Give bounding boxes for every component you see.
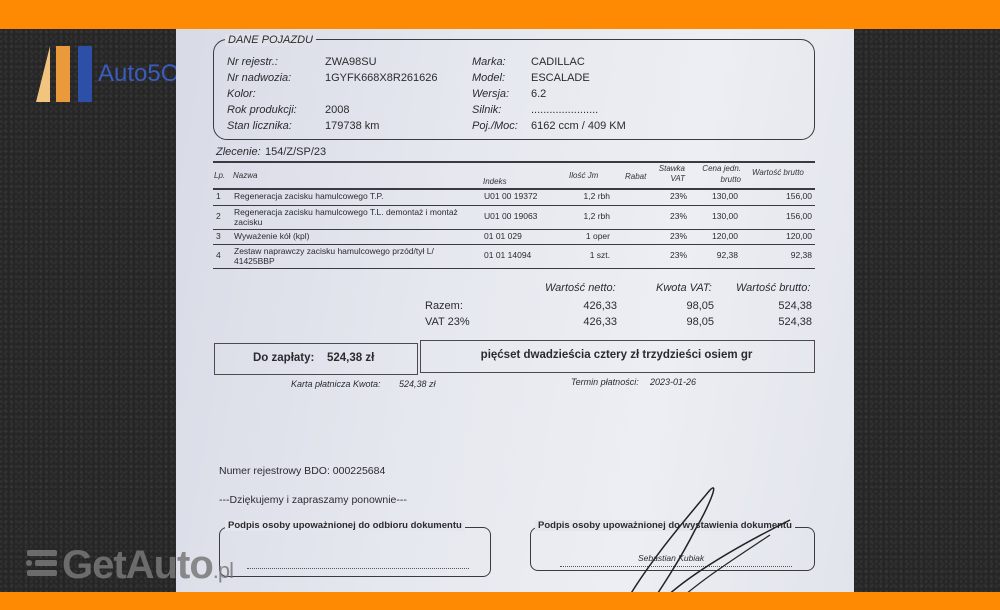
cell-name: Wyważenie kół (kpl) xyxy=(234,231,310,241)
vehicle-section-title: DANE POJAZDU xyxy=(225,34,316,46)
summary-net: 426,33 xyxy=(560,316,617,328)
summary-gross: 524,38 xyxy=(750,300,812,312)
col-lp: Lp. xyxy=(214,171,225,180)
col-total: Wartość brutto xyxy=(752,168,804,177)
cell-lp: 4 xyxy=(216,250,221,260)
payment-term-date: 2023-01-26 xyxy=(650,377,696,387)
cell-total: 92,38 xyxy=(755,250,812,260)
getauto-suffix: .pl xyxy=(213,558,233,583)
cell-qty: 1 oper xyxy=(560,231,610,241)
vehicle-field-value: CADILLAC xyxy=(531,56,585,68)
cell-price: 130,00 xyxy=(690,191,738,201)
top-banner xyxy=(0,0,1000,29)
divider xyxy=(213,161,815,163)
vehicle-field-label: Wersja: xyxy=(472,88,509,100)
cell-qty: 1,2 rbh xyxy=(560,191,610,201)
payment-term-label: Termin płatności: xyxy=(571,377,639,387)
cell-price: 130,00 xyxy=(690,211,738,221)
card-payment-label: Karta płatnicza Kwota: xyxy=(291,379,381,389)
vehicle-field-value: 6.2 xyxy=(531,88,546,100)
cell-index: U01 00 19063 xyxy=(484,211,537,221)
summary-vat: 98,05 xyxy=(660,316,714,328)
bdo-number: Numer rejestrowy BDO: 000225684 xyxy=(219,465,385,477)
row-divider xyxy=(213,229,815,230)
summary-row-label: VAT 23% xyxy=(425,316,470,328)
cell-total: 156,00 xyxy=(755,211,812,221)
amount-due-label: Do zapłaty: xyxy=(253,352,314,364)
getauto-text: GetAuto xyxy=(62,543,213,587)
vehicle-field-label: Model: xyxy=(472,72,505,84)
row-divider xyxy=(213,268,815,269)
card-payment-amount: 524,38 zł xyxy=(399,379,436,389)
cell-total: 156,00 xyxy=(755,191,812,201)
summary-vat: 98,05 xyxy=(660,300,714,312)
order-number: 154/Z/SP/23 xyxy=(265,146,326,158)
vehicle-field-label: Poj./Moc: xyxy=(472,120,518,132)
receiver-signature-line xyxy=(247,568,469,569)
vehicle-field-value: 6162 ccm / 409 KM xyxy=(531,120,626,132)
cell-lp: 1 xyxy=(216,191,221,201)
cell-vat: 23% xyxy=(650,250,687,260)
col-price-1: Cena jedn. xyxy=(690,164,741,173)
vehicle-field-value: 2008 xyxy=(325,104,349,116)
col-discount: Rabat xyxy=(625,172,646,181)
col-price-2: brutto xyxy=(690,175,741,184)
handwritten-signature xyxy=(600,480,800,610)
col-vat-2: VAT xyxy=(645,174,685,183)
cell-name: Regeneracja zacisku hamulcowego T.P. xyxy=(234,191,383,201)
receiver-signature-box xyxy=(219,527,491,577)
cell-lp: 2 xyxy=(216,211,221,221)
getauto-watermark: GetAuto.pl xyxy=(24,543,233,590)
cell-vat: 23% xyxy=(650,211,687,221)
vehicle-field-label: Silnik: xyxy=(472,104,501,116)
vehicle-field-value: 179738 km xyxy=(325,120,379,132)
vehicle-field-value: ZWA98SU xyxy=(325,56,377,68)
cell-vat: 23% xyxy=(650,231,687,241)
cell-name-cont: 41425BBP xyxy=(234,256,275,266)
col-index: Indeks xyxy=(483,177,507,186)
col-name: Nazwa xyxy=(233,171,257,180)
cell-lp: 3 xyxy=(216,231,221,241)
vehicle-field-label: Stan licznika: xyxy=(227,120,292,132)
summary-gross: 524,38 xyxy=(750,316,812,328)
summary-net-header: Wartość netto: xyxy=(545,282,616,294)
amount-due-value: 524,38 zł xyxy=(327,352,374,364)
row-divider xyxy=(213,244,815,245)
summary-gross-header: Wartość brutto: xyxy=(736,282,810,294)
col-qty: Ilość Jm xyxy=(569,171,598,180)
vehicle-field-value: 1GYFK668X8R261626 xyxy=(325,72,438,84)
amount-due-box xyxy=(214,343,418,375)
thanks-message: ---Dziękujemy i zapraszamy ponownie--- xyxy=(219,494,407,506)
menu-lines-icon xyxy=(24,545,58,590)
vehicle-field-value: ESCALADE xyxy=(531,72,590,84)
cell-index: 01 01 029 xyxy=(484,231,522,241)
cell-name-cont: zacisku xyxy=(234,217,262,227)
vehicle-field-label: Nr rejestr.: xyxy=(227,56,278,68)
cell-qty: 1,2 rbh xyxy=(560,211,610,221)
cell-index: U01 00 19372 xyxy=(484,191,537,201)
vehicle-field-label: Rok produkcji: xyxy=(227,104,297,116)
cell-qty: 1 szt. xyxy=(560,250,610,260)
summary-net: 426,33 xyxy=(560,300,617,312)
cell-index: 01 01 14094 xyxy=(484,250,531,260)
auto50-logo-text: Auto5O xyxy=(98,60,179,88)
cell-vat: 23% xyxy=(650,191,687,201)
cell-name: Zestaw naprawczy zacisku hamulcowego prz… xyxy=(234,246,434,256)
summary-vat-header: Kwota VAT: xyxy=(656,282,712,294)
divider xyxy=(213,188,815,190)
cell-price: 92,38 xyxy=(690,250,738,260)
amount-in-words: pięćset dwadzieścia cztery zł trzydzieśc… xyxy=(420,349,813,361)
cell-name: Regeneracja zacisku hamulcowego T.L. dem… xyxy=(234,207,458,217)
cell-price: 120,00 xyxy=(690,231,738,241)
receiver-signature-title: Podpis osoby upoważnionej do odbioru dok… xyxy=(225,520,465,531)
order-label: Zlecenie: xyxy=(216,146,261,158)
col-vat-1: Stawka xyxy=(645,164,685,173)
vehicle-field-value: ...................... xyxy=(531,104,598,116)
vehicle-field-label: Kolor: xyxy=(227,88,256,100)
vehicle-field-label: Nr nadwozia: xyxy=(227,72,291,84)
cell-total: 120,00 xyxy=(755,231,812,241)
row-divider xyxy=(213,205,815,206)
summary-row-label: Razem: xyxy=(425,300,463,312)
vehicle-field-label: Marka: xyxy=(472,56,506,68)
bottom-banner xyxy=(0,592,1000,610)
